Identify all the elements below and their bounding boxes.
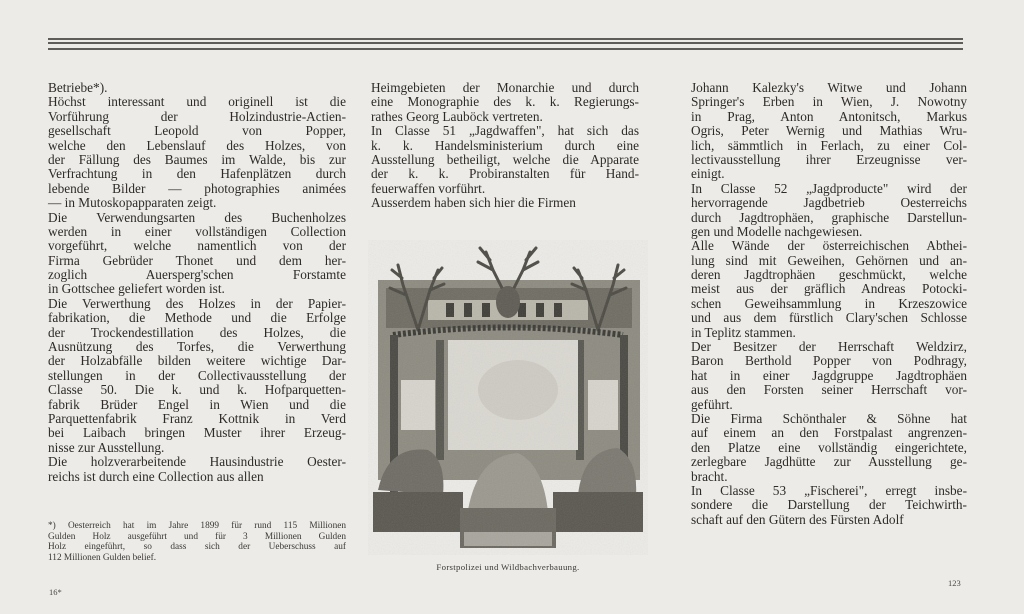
text-line: schaft auf den Gütern des Fürsten Adolf bbox=[691, 513, 967, 527]
text-line: aus den Forsten seiner Herrschaft vor- bbox=[691, 383, 967, 397]
text-line: Gulden Holz ausgeführt und für 3 Million… bbox=[48, 532, 346, 543]
text-line: in Prag, Anton Antonitsch, Markus bbox=[691, 110, 967, 124]
text-line: zoglich Auersperg'schen Forstamte bbox=[48, 268, 346, 282]
text-line: gen und Modelle nachgewiesen. bbox=[691, 225, 967, 239]
text-line: meist aus der gräflich Andreas Potocki- bbox=[691, 282, 967, 296]
text-line: in Gottschee geliefert worden ist. bbox=[48, 282, 346, 296]
text-line: sondere die Darstellung der Teichwirth- bbox=[691, 498, 967, 512]
text-line: Verfrachtung in den Hafenplätzen durch bbox=[48, 167, 346, 181]
text-line: fabrik Brüder Engel in Wien und die bbox=[48, 398, 346, 412]
text-line: lectivausstellung ihrer Erzeugnisse ver- bbox=[691, 153, 967, 167]
text-line: In Classe 51 „Jagdwaffen", hat sich das bbox=[371, 124, 639, 138]
page-number-right: 123 bbox=[948, 578, 961, 588]
text-line: Vorführung der Holzindustrie-Actien- bbox=[48, 110, 346, 124]
text-line: bei Laibach bringen Muster ihrer Erzeug- bbox=[48, 426, 346, 440]
text-line: auf einem an den Forstpalast angrenzen- bbox=[691, 426, 967, 440]
text-line: Parquettenfabrik Franz Kottnik in Verd bbox=[48, 412, 346, 426]
text-line: einigt. bbox=[691, 167, 967, 181]
text-line: hat in einer Jagdgruppe Jagdtrophäen bbox=[691, 369, 967, 383]
text-line: reichs ist durch eine Collection aus all… bbox=[48, 470, 346, 484]
text-line: Ausserdem haben sich hier die Firmen bbox=[371, 196, 639, 210]
header-rule-bottom bbox=[48, 48, 963, 50]
text-line: Die Verwendungsarten des Buchenholzes bbox=[48, 211, 346, 225]
text-line: In Classe 52 „Jagdproducte" wird der bbox=[691, 182, 967, 196]
text-line: vorgeführt, welche namentlich von der bbox=[48, 239, 346, 253]
text-line: geführt. bbox=[691, 398, 967, 412]
text-line: deren Jagdtrophäen geschmückt, welche bbox=[691, 268, 967, 282]
text-line: lich, sämmtlich in Ferlach, zu einer Col… bbox=[691, 139, 967, 153]
text-line: durch Jagdtrophäen, graphische Darstellu… bbox=[691, 211, 967, 225]
text-line: — in Mutoskopapparaten zeigt. bbox=[48, 196, 346, 210]
header-rule-top bbox=[48, 38, 963, 40]
text-line: stellungen in der Collectivausstellung d… bbox=[48, 369, 346, 383]
header-rule-middle bbox=[48, 42, 963, 44]
text-line: den Platze eine vollständig eingerichtet… bbox=[691, 441, 967, 455]
text-line: der Trockendestillation des Holzes, die bbox=[48, 326, 346, 340]
text-line: schen Geweihsammlung in Krzeszowice bbox=[691, 297, 967, 311]
text-line: Der Besitzer der Herrschaft Weldzirz, bbox=[691, 340, 967, 354]
text-line: hervorragende Jagdbetrieb Oesterreichs bbox=[691, 196, 967, 210]
text-line: eine Monographie des k. k. Regierungs- bbox=[371, 95, 639, 109]
text-line: 112 Millionen Gulden belief. bbox=[48, 553, 346, 564]
text-line: welche den Lebenslauf des Holzes, von bbox=[48, 139, 346, 153]
text-line: feuerwaffen vorführt. bbox=[371, 182, 639, 196]
text-column-right: Johann Kalezky's Witwe und JohannSpringe… bbox=[691, 81, 967, 527]
text-line: *) Oesterreich hat im Jahre 1899 für run… bbox=[48, 521, 346, 532]
text-line: Heimgebieten der Monarchie und durch bbox=[371, 81, 639, 95]
text-line: zerlegbare Jagdhütte zur Ausstellung ge- bbox=[691, 455, 967, 469]
text-line: fabrikation, die Methode und die Erfolge bbox=[48, 311, 346, 325]
text-line: Ogris, Peter Wernig und Mathias Wru- bbox=[691, 124, 967, 138]
text-line: bracht. bbox=[691, 470, 967, 484]
text-line: der Fällung des Baumes im Walde, bis zur bbox=[48, 153, 346, 167]
footnote: *) Oesterreich hat im Jahre 1899 für run… bbox=[48, 521, 346, 563]
text-line: k. k. Handelsministerium durch eine bbox=[371, 139, 639, 153]
text-line: lung sind mit Geweihen, Gehörnen und an- bbox=[691, 254, 967, 268]
text-line: Classe 50. Die k. und k. Hofparquetten- bbox=[48, 383, 346, 397]
text-line: Die holzverarbeitende Hausindustrie Oest… bbox=[48, 455, 346, 469]
text-line: gesellschaft Leopold von Popper, bbox=[48, 124, 346, 138]
text-line: Ausstellung betheiligt, welche die Appar… bbox=[371, 153, 639, 167]
text-line: Holz eingeführt, so dass sich der Uebers… bbox=[48, 542, 346, 553]
text-line: der Holzabfälle bilden weitere wichtige … bbox=[48, 354, 346, 368]
text-line: Betriebe*). bbox=[48, 81, 346, 95]
text-line: Höchst interessant und originell ist die bbox=[48, 95, 346, 109]
figure-caption: Forstpolizei und Wildbachverbauung. bbox=[368, 562, 648, 572]
text-line: Ausnützung des Torfes, die Verwerthung bbox=[48, 340, 346, 354]
text-line: rathes Georg Lauböck vertreten. bbox=[371, 110, 639, 124]
text-line: lebende Bilder — photographies animées bbox=[48, 182, 346, 196]
text-line: In Classe 53 „Fischerei", erregt insbe- bbox=[691, 484, 967, 498]
text-line: der k. k. Probiranstalten für Hand- bbox=[371, 167, 639, 181]
text-column-middle: Heimgebieten der Monarchie und durcheine… bbox=[371, 81, 639, 211]
text-line: Die Firma Schönthaler & Söhne hat bbox=[691, 412, 967, 426]
text-line: werden in einer vollständigen Collection bbox=[48, 225, 346, 239]
page-number-left: 16* bbox=[49, 587, 62, 597]
text-line: Die Verwerthung des Holzes in der Papier… bbox=[48, 297, 346, 311]
text-column-left: Betriebe*).Höchst interessant und origin… bbox=[48, 81, 346, 484]
text-line: Alle Wände der österreichischen Abthei- bbox=[691, 239, 967, 253]
text-line: Baron Berthold Popper von Podhragy, bbox=[691, 354, 967, 368]
text-line: und aus dem fürstlich Clary'schen Schlos… bbox=[691, 311, 967, 325]
text-line: nisse zur Ausstellung. bbox=[48, 441, 346, 455]
text-line: Johann Kalezky's Witwe und Johann bbox=[691, 81, 967, 95]
text-line: Firma Gebrüder Thonet und dem her- bbox=[48, 254, 346, 268]
illustration-image bbox=[368, 240, 648, 555]
text-line: in Teplitz stammen. bbox=[691, 326, 967, 340]
text-line: Springer's Erben in Wien, J. Nowotny bbox=[691, 95, 967, 109]
exhibition-illustration bbox=[368, 240, 648, 555]
